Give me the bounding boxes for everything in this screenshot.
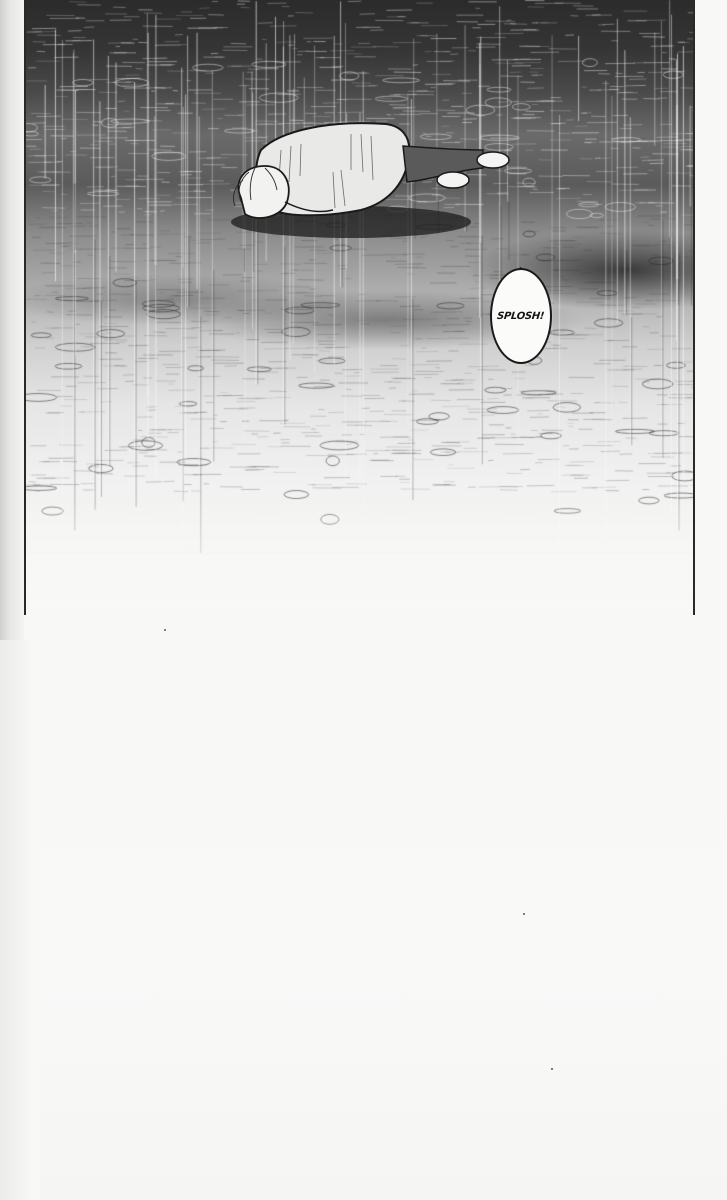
paper-speck xyxy=(523,913,525,915)
speech-balloon-icon: SPLOSH! xyxy=(490,268,552,364)
paper-speck xyxy=(551,1068,553,1070)
binding-shadow xyxy=(0,0,24,640)
paper-speck xyxy=(164,629,166,631)
fallen-person-figure-icon xyxy=(221,110,511,240)
blank-paper-area xyxy=(40,640,727,1200)
rain-streaks-icon xyxy=(26,0,695,615)
manga-page: SPLOSH! xyxy=(0,0,727,1200)
binding-shadow-lower xyxy=(0,640,30,1200)
rain-panel xyxy=(24,0,695,615)
sound-effect-text: SPLOSH! xyxy=(497,311,545,322)
